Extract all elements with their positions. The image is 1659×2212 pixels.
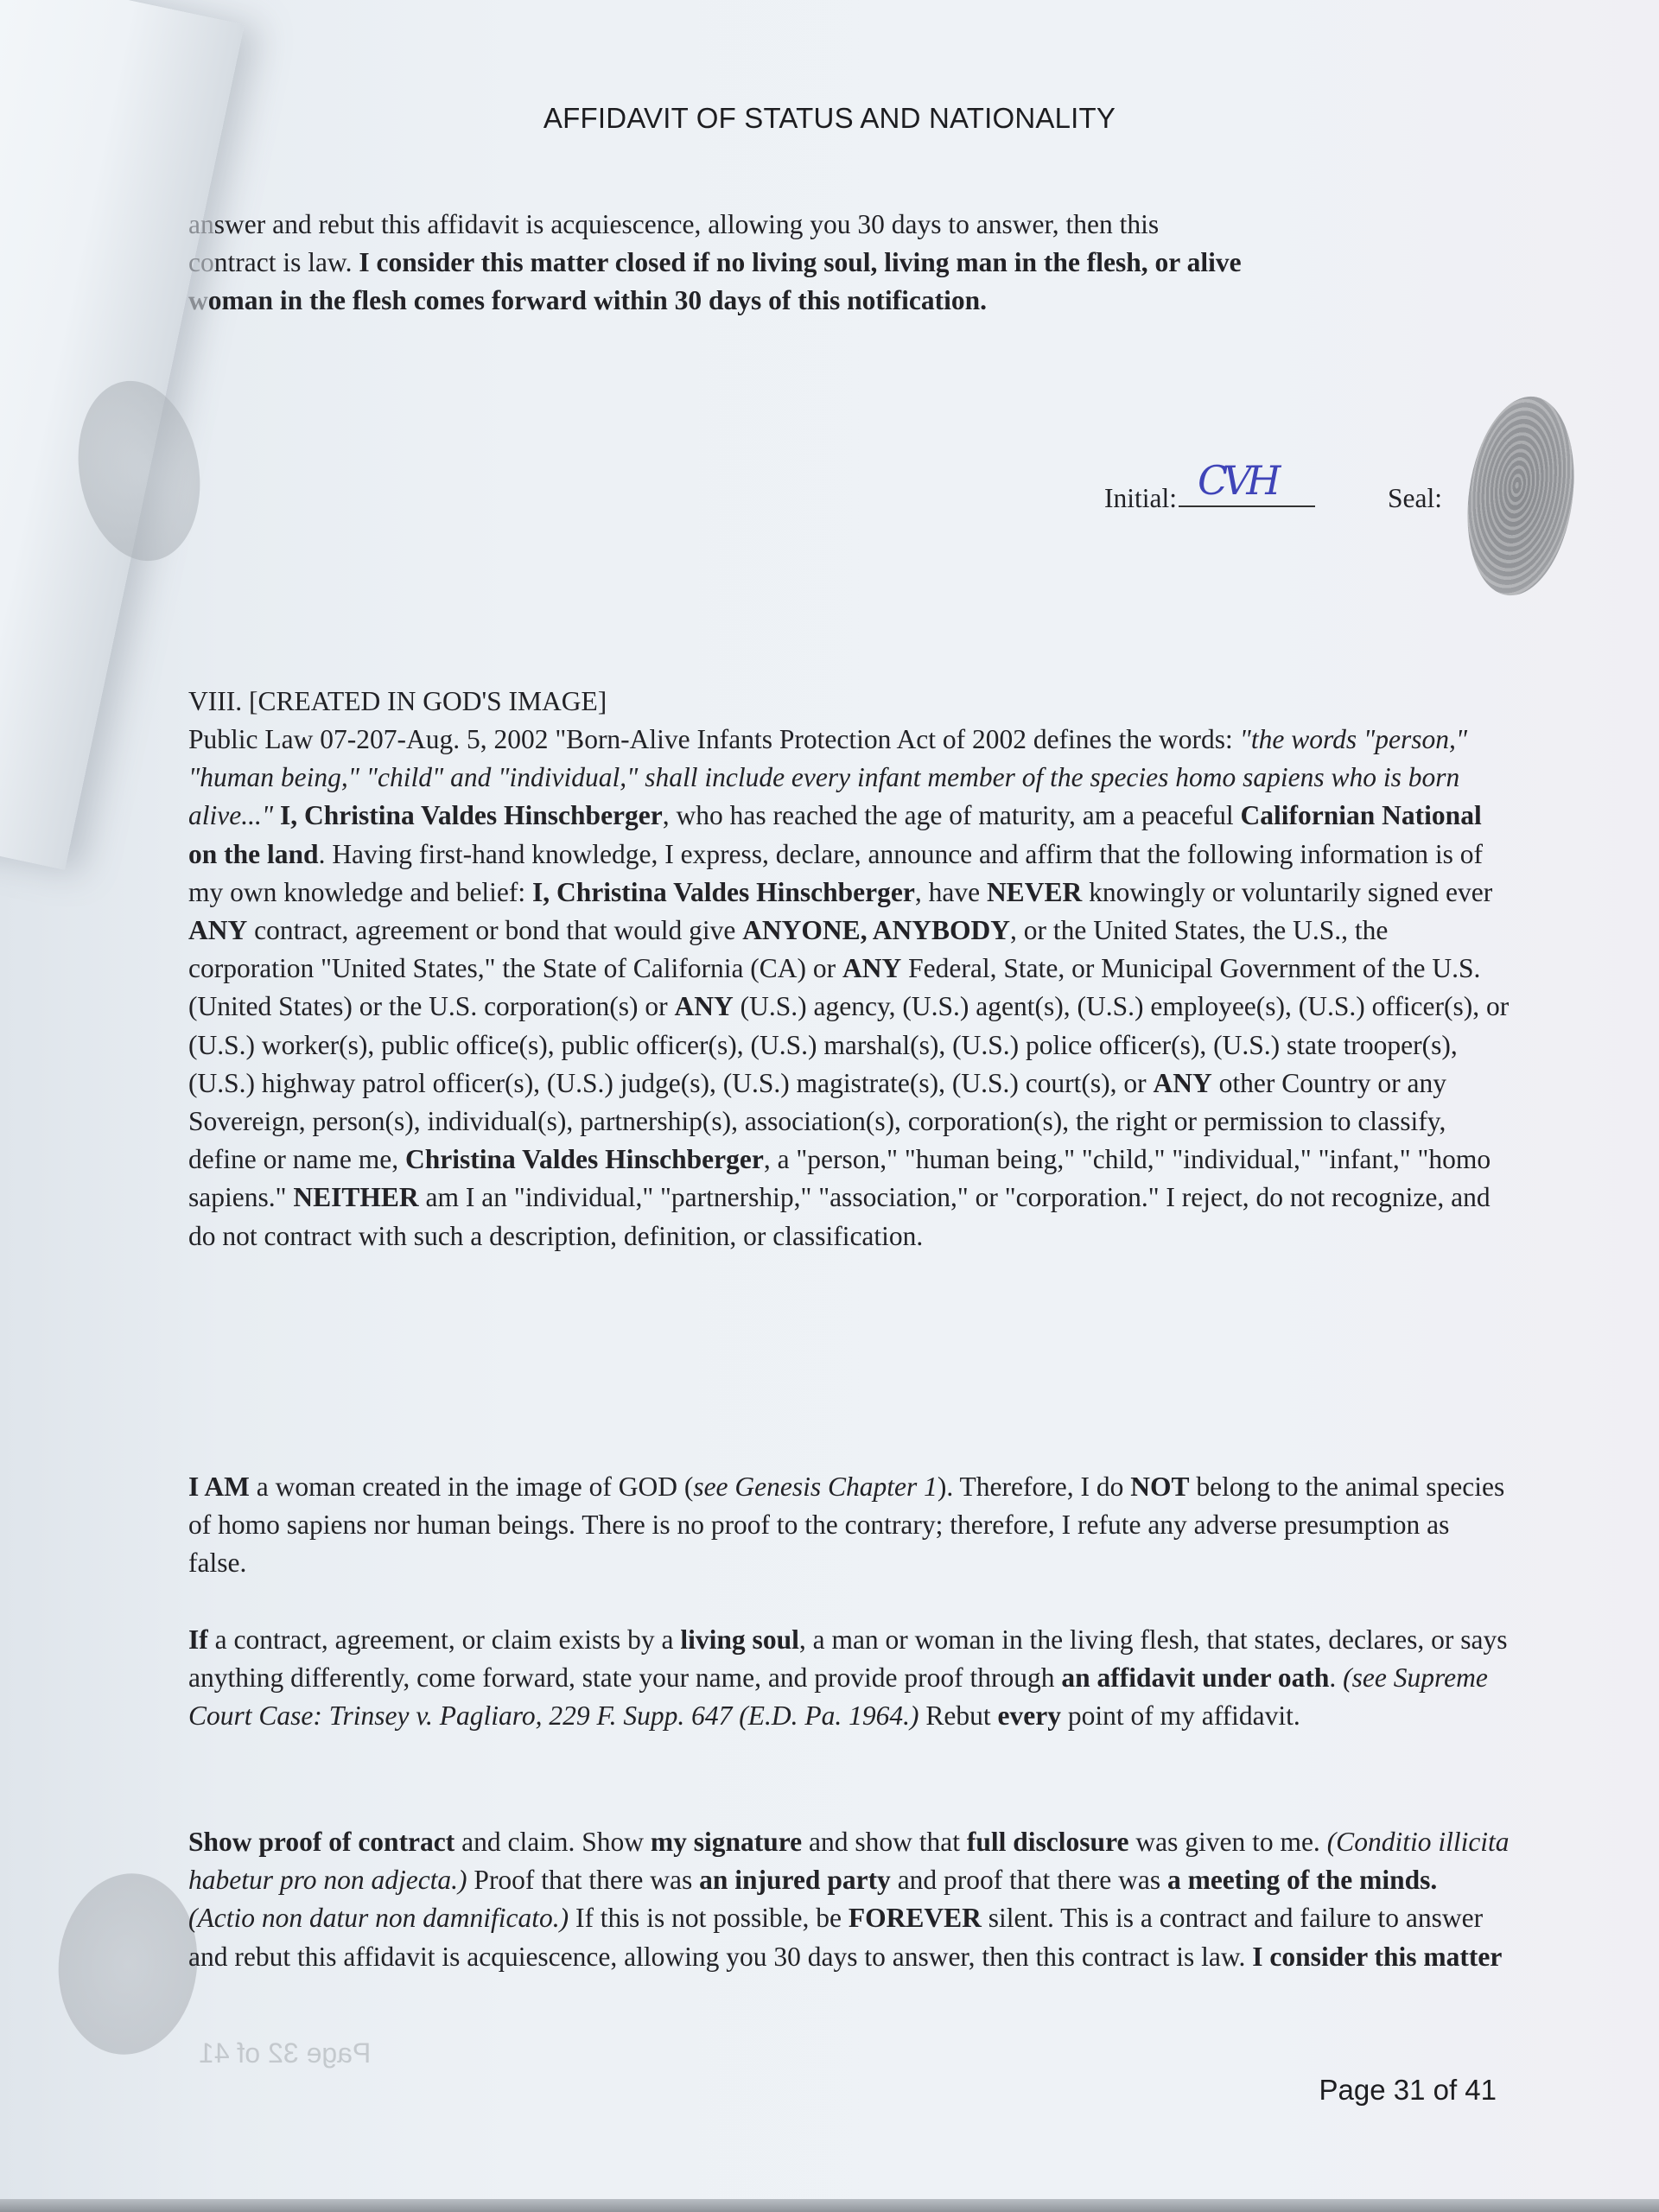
faint-fingerprint-icon xyxy=(49,1866,206,2062)
paragraph-i-am: I AM a woman created in the image of GOD… xyxy=(188,1468,1510,1583)
paragraph-public-law: Public Law 07-207-Aug. 5, 2002 "Born-Ali… xyxy=(188,721,1510,1255)
section-heading: VIII. [CREATED IN GOD'S IMAGE] xyxy=(188,683,1510,721)
paragraph-show-proof: Show proof of contract and claim. Show m… xyxy=(188,1823,1510,1976)
initial-label: Initial: xyxy=(1104,483,1177,513)
bleed-through-page-number: Page 32 of 41 xyxy=(199,2037,371,2069)
page-number: Page 31 of 41 xyxy=(1319,2074,1497,2107)
initial-field: CVH xyxy=(1179,480,1315,507)
paragraph-if-contract: If a contract, agreement, or claim exist… xyxy=(188,1621,1510,1736)
scanned-page: ement, or ays* Page 32 of 41 AFFIDAVIT O… xyxy=(0,0,1659,2199)
page-bottom-edge xyxy=(0,2199,1659,2212)
document-header: AFFIDAVIT OF STATUS AND NATIONALITY xyxy=(0,102,1659,135)
thumbprint-seal-icon xyxy=(1455,390,1586,602)
initial-seal-row: Initial:CVHSeal: xyxy=(1104,480,1442,514)
continuation-paragraph: answer and rebut this affidavit is acqui… xyxy=(188,206,1510,321)
seal-label: Seal: xyxy=(1388,483,1442,513)
handwritten-initials: CVH xyxy=(1198,457,1276,504)
